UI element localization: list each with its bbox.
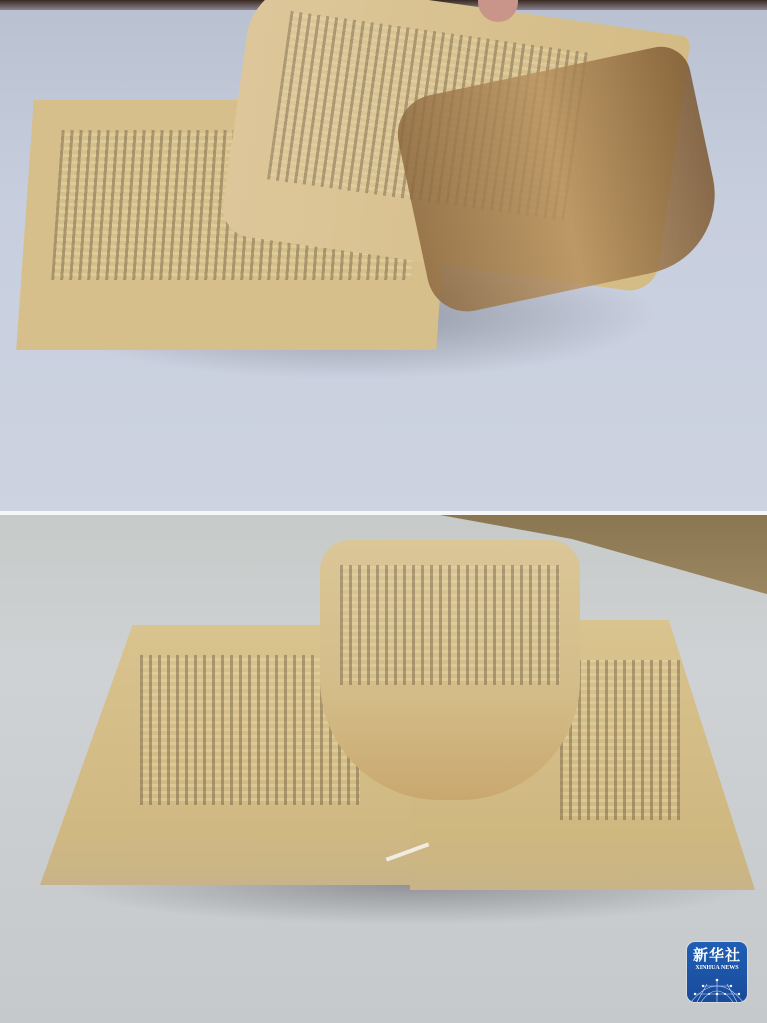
printed-text [340,565,560,685]
watermark-chinese-text: 新华社 [687,947,747,964]
network-globe-icon [687,974,747,1002]
curled-pages [320,540,580,800]
xinhua-news-watermark: 新华社 XINHUA NEWS [687,942,747,1002]
watermark-english-text: XINHUA NEWS [687,964,747,972]
photo-bottom-open-book [0,515,767,1023]
photo-top-damaged-book [0,0,767,511]
